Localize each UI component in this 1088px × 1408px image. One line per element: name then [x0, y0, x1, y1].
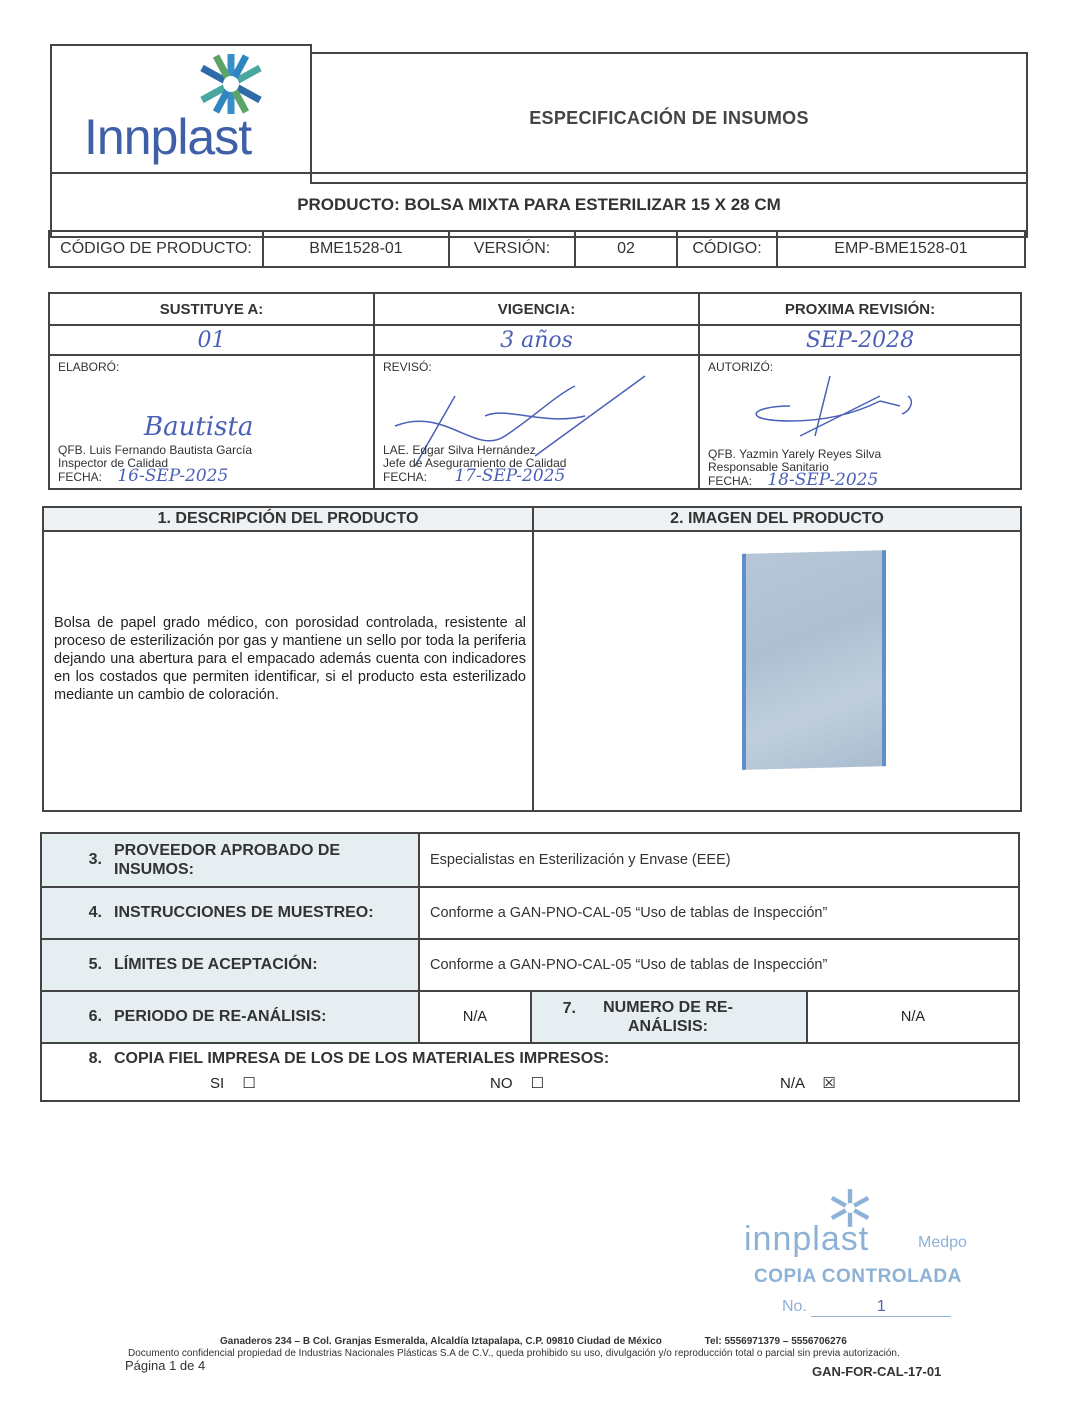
stamp-number: 1 — [811, 1298, 951, 1317]
checkbox-no[interactable]: ☐ — [531, 1075, 544, 1092]
replaces-label: SUSTITUYE A: — [50, 294, 373, 326]
description-column: 1. DESCRIPCIÓN DEL PRODUCTO Bolsa de pap… — [44, 508, 534, 810]
date-label: FECHA: — [383, 470, 427, 484]
code-value: EMP-BME1528-01 — [778, 232, 1024, 266]
description-image-section: 1. DESCRIPCIÓN DEL PRODUCTO Bolsa de pap… — [42, 506, 1022, 812]
description-heading: 1. DESCRIPCIÓN DEL PRODUCTO — [44, 508, 532, 532]
spec-row-faithful-copy: 8. COPIA FIEL IMPRESA DE LOS DE LOS MATE… — [42, 1044, 1018, 1102]
signer-date: 16-SEP-2025 — [117, 466, 228, 486]
spec-row-reanalysis: 6.PERIODO DE RE-ANÁLISIS: N/A 7. NUMERO … — [42, 992, 1018, 1044]
spec-value: Conforme a GAN-PNO-CAL-05 “Uso de tablas… — [420, 888, 1018, 938]
reviso-column: VIGENCIA: 3 años REVISÓ: LAE. Edgar Silv… — [375, 294, 700, 488]
specs-table: 3.PROVEEDOR APROBADO DE INSUMOS: Especia… — [40, 832, 1020, 1102]
signer-date: 17-SEP-2025 — [454, 466, 565, 486]
signer-date: 18-SEP-2025 — [767, 470, 878, 490]
spec-label: 5.LÍMITES DE ACEPTACIÓN: — [42, 940, 420, 990]
spec-row-sampling: 4.INSTRUCCIONES DE MUESTREO: Conforme a … — [42, 888, 1018, 940]
document-title: ESPECIFICACIÓN DE INSUMOS — [529, 108, 809, 129]
next-review-label: PROXIMA REVISIÓN: — [700, 294, 1020, 326]
spec-row-supplier: 3.PROVEEDOR APROBADO DE INSUMOS: Especia… — [42, 834, 1018, 888]
signer-block-autorizo: AUTORIZÓ: QFB. Yazmin Yarely Reyes Silva… — [700, 356, 1020, 490]
signer-info: QFB. Yazmin Yarely Reyes Silva Responsab… — [708, 448, 881, 488]
product-image — [742, 550, 886, 770]
reanalysis-number-label: 7. NUMERO DE RE-ANÁLISIS: — [532, 992, 808, 1042]
stamp-brand2: Medpo — [918, 1234, 967, 1252]
reanalysis-number-value: N/A — [808, 992, 1018, 1042]
elaboro-column: SUSTITUYE A: 01 ELABORÓ: Bautista QFB. L… — [50, 294, 375, 488]
replaces-value: 01 — [50, 326, 373, 356]
spec-label: 6.PERIODO DE RE-ANÁLISIS: — [42, 992, 420, 1042]
stamp-number-row: No. 1 — [782, 1298, 951, 1317]
footer-confidential: Documento confidencial propiedad de Indu… — [128, 1348, 900, 1359]
approval-table: SUSTITUYE A: 01 ELABORÓ: Bautista QFB. L… — [48, 292, 1022, 490]
faithful-copy-label: 8. COPIA FIEL IMPRESA DE LOS DE LOS MATE… — [42, 1050, 609, 1068]
signature-scribble-icon — [730, 366, 930, 446]
signer-block-reviso: REVISÓ: LAE. Edgar Silva Hernández Jefe … — [375, 356, 698, 490]
spec-label: 4.INSTRUCCIONES DE MUESTREO: — [42, 888, 420, 938]
image-column: 2. IMAGEN DEL PRODUCTO — [534, 508, 1020, 810]
date-label: FECHA: — [58, 470, 102, 484]
footer-address: Ganaderos 234 – B Col. Granjas Esmeralda… — [220, 1336, 662, 1347]
page-number: Página 1 de 4 — [125, 1358, 205, 1373]
image-heading: 2. IMAGEN DEL PRODUCTO — [534, 508, 1020, 532]
logo-cell: Innplast — [50, 44, 312, 174]
spec-label: 3.PROVEEDOR APROBADO DE INSUMOS: — [42, 834, 420, 886]
option-na[interactable]: N/A ☒ — [780, 1074, 836, 1092]
product-title: PRODUCTO: BOLSA MIXTA PARA ESTERILIZAR 1… — [297, 195, 781, 215]
option-si[interactable]: SI ☐ — [210, 1074, 256, 1092]
signer-date-row: FECHA: 17-SEP-2025 — [383, 470, 566, 484]
role-label: ELABORÓ: — [58, 360, 119, 374]
reanalysis-period-value: N/A — [420, 992, 532, 1042]
signer-info: LAE. Edgar Silva Hernández Jefe de Asegu… — [383, 444, 566, 484]
product-code-label: CÓDIGO DE PRODUCTO: — [50, 232, 264, 266]
code-row: CÓDIGO DE PRODUCTO: BME1528-01 VERSIÓN: … — [48, 230, 1026, 268]
footer-phone: Tel: 5556971379 – 5556706276 — [705, 1336, 847, 1347]
version-label: VERSIÓN: — [450, 232, 576, 266]
company-logo-text: Innplast — [84, 108, 251, 166]
form-code: GAN-FOR-CAL-17-01 — [812, 1364, 941, 1379]
validity-value: 3 años — [375, 326, 698, 356]
signer-block-elaboro: ELABORÓ: Bautista QFB. Luis Fernando Bau… — [50, 356, 373, 490]
next-review-value: SEP-2028 — [700, 326, 1020, 356]
innplast-logo-icon — [196, 52, 266, 116]
validity-label: VIGENCIA: — [375, 294, 698, 326]
checkbox-si[interactable]: ☐ — [242, 1075, 255, 1092]
date-label: FECHA: — [708, 474, 752, 488]
controlled-copy-stamp: innplast Medpo COPIA CONTROLADA No. 1 — [740, 1186, 1000, 1326]
version-value: 02 — [576, 232, 678, 266]
signer-date-row: FECHA: 18-SEP-2025 — [708, 474, 881, 488]
description-text: Bolsa de papel grado médico, con porosid… — [54, 614, 526, 704]
signer-info: QFB. Luis Fernando Bautista García Inspe… — [58, 444, 252, 484]
document-title-cell: ESPECIFICACIÓN DE INSUMOS — [310, 52, 1028, 184]
spec-row-acceptance: 5.LÍMITES DE ACEPTACIÓN: Conforme a GAN-… — [42, 940, 1018, 992]
stamp-brand: innplast — [744, 1220, 869, 1259]
product-code-value: BME1528-01 — [264, 232, 450, 266]
product-title-cell: PRODUCTO: BOLSA MIXTA PARA ESTERILIZAR 1… — [50, 172, 1028, 238]
stamp-text: COPIA CONTROLADA — [754, 1266, 962, 1288]
signer-date-row: FECHA: 16-SEP-2025 — [58, 470, 252, 484]
footer-address-line: Ganaderos 234 – B Col. Granjas Esmeralda… — [220, 1336, 847, 1347]
option-no[interactable]: NO ☐ — [490, 1074, 544, 1092]
autorizo-column: PROXIMA REVISIÓN: SEP-2028 AUTORIZÓ: QFB… — [700, 294, 1020, 488]
spec-value: Conforme a GAN-PNO-CAL-05 “Uso de tablas… — [420, 940, 1018, 990]
checkbox-na[interactable]: ☒ — [822, 1075, 835, 1092]
signature: Bautista — [144, 412, 253, 442]
spec-value: Especialistas en Esterilización y Envase… — [420, 834, 1018, 886]
code-label: CÓDIGO: — [678, 232, 778, 266]
